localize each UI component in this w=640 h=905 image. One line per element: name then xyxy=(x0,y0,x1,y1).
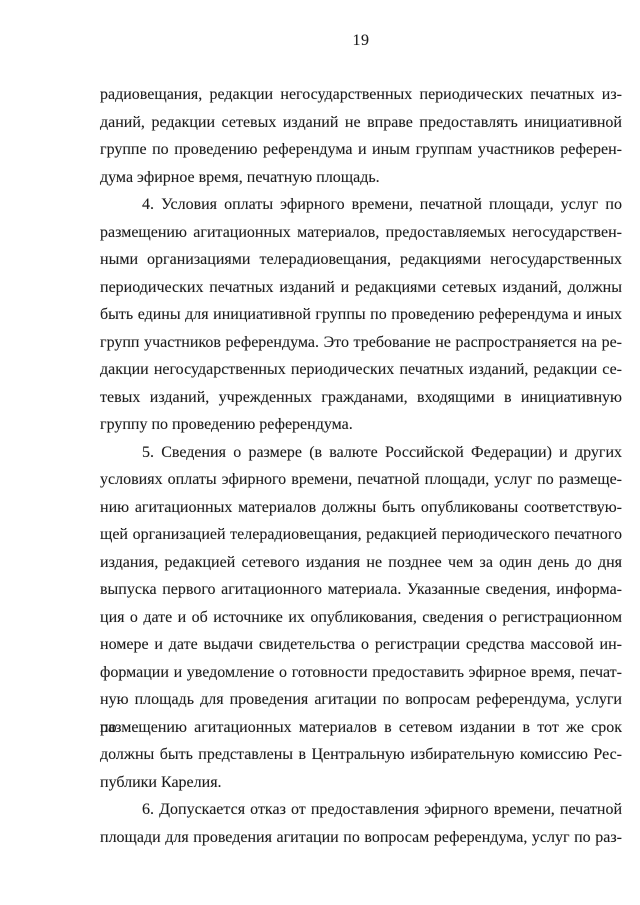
text-line: размещению агитационных материалов, пред… xyxy=(100,219,622,247)
text-line: 5. Сведения о размере (в валюте Российск… xyxy=(100,439,622,467)
text-line: группу по проведению референдума. xyxy=(100,411,622,439)
text-line: быть едины для инициативной группы по пр… xyxy=(100,301,622,329)
text-line: площади для проведения агитации по вопро… xyxy=(100,824,622,852)
text-line: условиях оплаты эфирного времени, печатн… xyxy=(100,466,622,494)
document-page: 19 радиовещания, редакции негосударствен… xyxy=(0,0,640,905)
text-line: ция о дате и об источнике их опубликован… xyxy=(100,604,622,632)
text-line: периодических печатных изданий и редакци… xyxy=(100,274,622,302)
text-line: нию агитационных материалов должны быть … xyxy=(100,494,622,522)
text-line: формации и уведомление о готовности пред… xyxy=(100,659,622,687)
text-line: должны быть представлены в Центральную и… xyxy=(100,741,622,769)
text-line: 4. Условия оплаты эфирного времени, печа… xyxy=(100,191,622,219)
paragraph-item-5: 5. Сведения о размере (в валюте Российск… xyxy=(100,439,622,797)
page-number: 19 xyxy=(100,31,622,51)
text-line: групп участников референдума. Это требов… xyxy=(100,329,622,357)
text-line: радиовещания, редакции негосударственных… xyxy=(100,81,622,109)
text-line: дакции негосударственных периодических п… xyxy=(100,356,622,384)
text-line: публики Карелия. xyxy=(100,769,622,797)
text-line: дума эфирное время, печатную площадь. xyxy=(100,164,622,192)
text-line: размещению агитационных материалов в сет… xyxy=(100,714,622,742)
paragraph-item-4: 4. Условия оплаты эфирного времени, печа… xyxy=(100,191,622,439)
paragraph-continuation: радиовещания, редакции негосударственных… xyxy=(100,81,622,191)
text-line: ную площадь для проведения агитации по в… xyxy=(100,686,622,714)
text-line: 6. Допускается отказ от предоставления э… xyxy=(100,796,622,824)
document-text-block: радиовещания, редакции негосударственных… xyxy=(100,81,622,851)
text-line: даний, редакции сетевых изданий не вправ… xyxy=(100,109,622,137)
text-line: издания, редакцией сетевого издания не п… xyxy=(100,549,622,577)
text-line: группе по проведению референдума и иным … xyxy=(100,136,622,164)
text-line: тевых изданий, учрежденных гражданами, в… xyxy=(100,384,622,412)
text-line: выпуска первого агитационного материала.… xyxy=(100,576,622,604)
text-line: номере и дате выдачи свидетельства о рег… xyxy=(100,631,622,659)
text-line: ными организациями телерадиовещания, ред… xyxy=(100,246,622,274)
paragraph-item-6: 6. Допускается отказ от предоставления э… xyxy=(100,796,622,851)
text-line: щей организацией телерадиовещания, редак… xyxy=(100,521,622,549)
